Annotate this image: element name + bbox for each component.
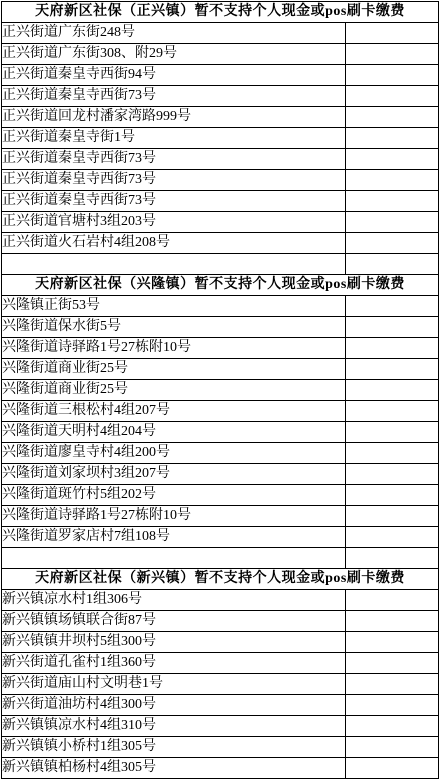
address-row: 新兴街道孔雀村1组360号 — [2, 653, 439, 674]
address-cell: 兴隆街道罗家店村7组108号 — [2, 527, 346, 548]
empty-note-cell — [346, 422, 439, 443]
address-row: 正兴街道秦皇寺西街73号 — [2, 191, 439, 212]
separator-row — [2, 254, 439, 275]
address-row: 正兴街道秦皇寺西街73号 — [2, 86, 439, 107]
address-cell: 兴隆街道刘家坝村3组207号 — [2, 464, 346, 485]
address-cell: 正兴街道火石岩村4组208号 — [2, 233, 346, 254]
empty-note-cell — [346, 695, 439, 716]
empty-note-cell — [346, 380, 439, 401]
empty-note-cell — [346, 443, 439, 464]
address-row: 新兴街道油坊村4组300号 — [2, 695, 439, 716]
address-table-body: 天府新区社保（正兴镇）暂不支持个人现金或pos刷卡缴费正兴街道广东街248号正兴… — [2, 2, 439, 779]
empty-note-cell — [346, 23, 439, 44]
address-cell: 兴隆镇正街53号 — [2, 296, 346, 317]
address-cell: 兴隆街道廖皇寺村4组200号 — [2, 443, 346, 464]
address-row: 兴隆镇正街53号 — [2, 296, 439, 317]
separator-cell — [346, 548, 439, 569]
address-row: 兴隆街道商业街25号 — [2, 380, 439, 401]
document-page: 天府新区社保（正兴镇）暂不支持个人现金或pos刷卡缴费正兴街道广东街248号正兴… — [0, 1, 439, 780]
address-cell: 兴隆街道商业街25号 — [2, 359, 346, 380]
empty-note-cell — [346, 86, 439, 107]
empty-note-cell — [346, 191, 439, 212]
address-row: 兴隆街道廖皇寺村4组200号 — [2, 443, 439, 464]
section-header-row: 天府新区社保（兴隆镇）暂不支持个人现金或pos刷卡缴费 — [2, 275, 439, 296]
address-cell: 兴隆街道天明村4组204号 — [2, 422, 346, 443]
empty-note-cell — [346, 212, 439, 233]
address-row: 兴隆街道天明村4组204号 — [2, 422, 439, 443]
empty-note-cell — [346, 464, 439, 485]
address-cell: 正兴街道回龙村潘家湾路999号 — [2, 107, 346, 128]
address-row: 正兴街道火石岩村4组208号 — [2, 233, 439, 254]
address-row: 正兴街道秦皇寺街1号 — [2, 128, 439, 149]
address-row: 新兴镇镇柏杨村4组305号 — [2, 758, 439, 779]
address-cell: 正兴街道秦皇寺西街73号 — [2, 149, 346, 170]
empty-note-cell — [346, 527, 439, 548]
address-cell: 新兴镇镇场镇联合街87号 — [2, 611, 346, 632]
empty-note-cell — [346, 296, 439, 317]
empty-note-cell — [346, 107, 439, 128]
address-row: 正兴街道秦皇寺西街94号 — [2, 65, 439, 86]
address-cell: 兴隆街道商业街25号 — [2, 380, 346, 401]
address-row: 正兴街道官塘村3组203号 — [2, 212, 439, 233]
empty-note-cell — [346, 233, 439, 254]
address-cell: 正兴街道秦皇寺西街73号 — [2, 170, 346, 191]
address-row: 新兴镇镇小桥村1组305号 — [2, 737, 439, 758]
address-row: 兴隆街道保水街5号 — [2, 317, 439, 338]
empty-note-cell — [346, 758, 439, 779]
address-cell: 新兴街道孔雀村1组360号 — [2, 653, 346, 674]
empty-note-cell — [346, 44, 439, 65]
empty-note-cell — [346, 65, 439, 86]
section-header: 天府新区社保（兴隆镇）暂不支持个人现金或pos刷卡缴费 — [2, 275, 439, 296]
address-row: 兴隆街道斑竹村5组202号 — [2, 485, 439, 506]
address-row: 兴隆街道商业街25号 — [2, 359, 439, 380]
address-cell: 兴隆街道斑竹村5组202号 — [2, 485, 346, 506]
address-cell: 兴隆街道诗驿路1号27栋附10号 — [2, 506, 346, 527]
address-cell: 新兴镇镇小桥村1组305号 — [2, 737, 346, 758]
address-cell: 新兴镇镇柏杨村4组305号 — [2, 758, 346, 779]
address-cell: 正兴街道秦皇寺街1号 — [2, 128, 346, 149]
address-row: 新兴镇凉水村1组306号 — [2, 590, 439, 611]
address-cell: 新兴街道油坊村4组300号 — [2, 695, 346, 716]
address-row: 兴隆街道三根松村4组207号 — [2, 401, 439, 422]
address-cell: 正兴街道秦皇寺西街94号 — [2, 65, 346, 86]
address-row: 新兴镇镇场镇联合街87号 — [2, 611, 439, 632]
separator-cell — [2, 254, 346, 275]
address-row: 兴隆街道诗驿路1号27栋附10号 — [2, 506, 439, 527]
section-header-row: 天府新区社保（正兴镇）暂不支持个人现金或pos刷卡缴费 — [2, 2, 439, 23]
address-row: 正兴街道广东街248号 — [2, 23, 439, 44]
address-cell: 新兴镇凉水村1组306号 — [2, 590, 346, 611]
address-row: 正兴街道回龙村潘家湾路999号 — [2, 107, 439, 128]
address-row: 兴隆街道诗驿路1号27栋附10号 — [2, 338, 439, 359]
address-cell: 正兴街道秦皇寺西街73号 — [2, 86, 346, 107]
empty-note-cell — [346, 317, 439, 338]
address-row: 兴隆街道罗家店村7组108号 — [2, 527, 439, 548]
separator-row — [2, 548, 439, 569]
address-row: 正兴街道广东街308、附29号 — [2, 44, 439, 65]
empty-note-cell — [346, 674, 439, 695]
separator-cell — [346, 254, 439, 275]
address-cell: 新兴镇镇井坝村5组300号 — [2, 632, 346, 653]
address-row: 正兴街道秦皇寺西街73号 — [2, 149, 439, 170]
address-cell: 新兴镇镇凉水村4组310号 — [2, 716, 346, 737]
social-security-address-table: 天府新区社保（正兴镇）暂不支持个人现金或pos刷卡缴费正兴街道广东街248号正兴… — [1, 1, 439, 779]
address-cell: 正兴街道广东街308、附29号 — [2, 44, 346, 65]
address-cell: 正兴街道秦皇寺西街73号 — [2, 191, 346, 212]
address-row: 新兴镇镇井坝村5组300号 — [2, 632, 439, 653]
empty-note-cell — [346, 632, 439, 653]
address-cell: 新兴街道庙山村文明巷1号 — [2, 674, 346, 695]
empty-note-cell — [346, 338, 439, 359]
empty-note-cell — [346, 653, 439, 674]
address-row: 兴隆街道刘家坝村3组207号 — [2, 464, 439, 485]
address-cell: 兴隆街道三根松村4组207号 — [2, 401, 346, 422]
address-cell: 正兴街道官塘村3组203号 — [2, 212, 346, 233]
empty-note-cell — [346, 170, 439, 191]
address-row: 新兴街道庙山村文明巷1号 — [2, 674, 439, 695]
section-header: 天府新区社保（新兴镇）暂不支持个人现金或pos刷卡缴费 — [2, 569, 439, 590]
address-cell: 兴隆街道诗驿路1号27栋附10号 — [2, 338, 346, 359]
empty-note-cell — [346, 506, 439, 527]
empty-note-cell — [346, 485, 439, 506]
empty-note-cell — [346, 149, 439, 170]
address-row: 新兴镇镇凉水村4组310号 — [2, 716, 439, 737]
address-cell: 正兴街道广东街248号 — [2, 23, 346, 44]
address-row: 正兴街道秦皇寺西街73号 — [2, 170, 439, 191]
empty-note-cell — [346, 128, 439, 149]
section-header: 天府新区社保（正兴镇）暂不支持个人现金或pos刷卡缴费 — [2, 2, 439, 23]
empty-note-cell — [346, 737, 439, 758]
separator-cell — [2, 548, 346, 569]
empty-note-cell — [346, 590, 439, 611]
empty-note-cell — [346, 716, 439, 737]
empty-note-cell — [346, 611, 439, 632]
empty-note-cell — [346, 401, 439, 422]
address-cell: 兴隆街道保水街5号 — [2, 317, 346, 338]
empty-note-cell — [346, 359, 439, 380]
section-header-row: 天府新区社保（新兴镇）暂不支持个人现金或pos刷卡缴费 — [2, 569, 439, 590]
